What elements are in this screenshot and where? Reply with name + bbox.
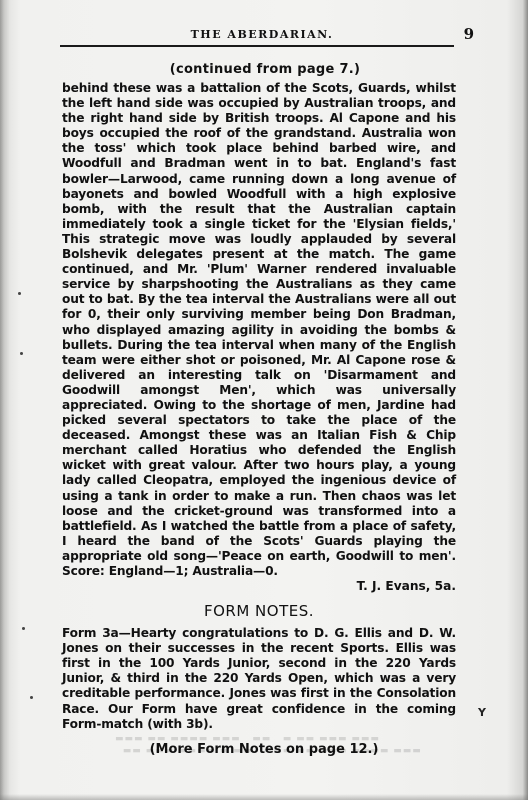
speck [18, 292, 21, 295]
scanned-page: THE ABERDARIAN. 9 (continued from page 7… [0, 0, 528, 800]
bleed-through-text: ▬▬▬ ▬▬ ▬▬▬▬ ▬▬▬ ▬▬ ▬ ▬▬ ▬▬▬ ▬▬▬ ▬▬ ▬▬▬ ▬… [115, 733, 475, 757]
page-content: (continued from page 7.) behind these wa… [62, 62, 456, 757]
header-rule [60, 45, 454, 47]
page-number: 9 [464, 25, 474, 43]
article-signature: T. J. Evans, 5a. [62, 579, 456, 594]
form-notes-heading: FORM NOTES. [62, 602, 456, 620]
bleed-through-line: ▬▬ ▬▬▬ ▬▬▬▬ ▬ ▬▬ ▬▬▬ ▬▬ ▬▬▬ ▬▬▬▬ ▬▬▬ [115, 745, 475, 757]
speck [30, 696, 33, 699]
continued-note: (continued from page 7.) [74, 62, 456, 77]
speck [20, 352, 23, 355]
article-body: behind these was a battalion of the Scot… [62, 81, 456, 579]
bleed-through-line: ▬▬▬ ▬▬ ▬▬▬▬ ▬▬▬ ▬▬ ▬ ▬▬ ▬▬▬ ▬▬▬ [115, 733, 475, 745]
form-notes-body: Form 3a—Hearty congratulations to D. G. … [62, 626, 456, 732]
pencil-mark: Y [478, 706, 486, 719]
journal-title: THE ABERDARIAN. [60, 28, 464, 41]
speck [22, 627, 25, 630]
